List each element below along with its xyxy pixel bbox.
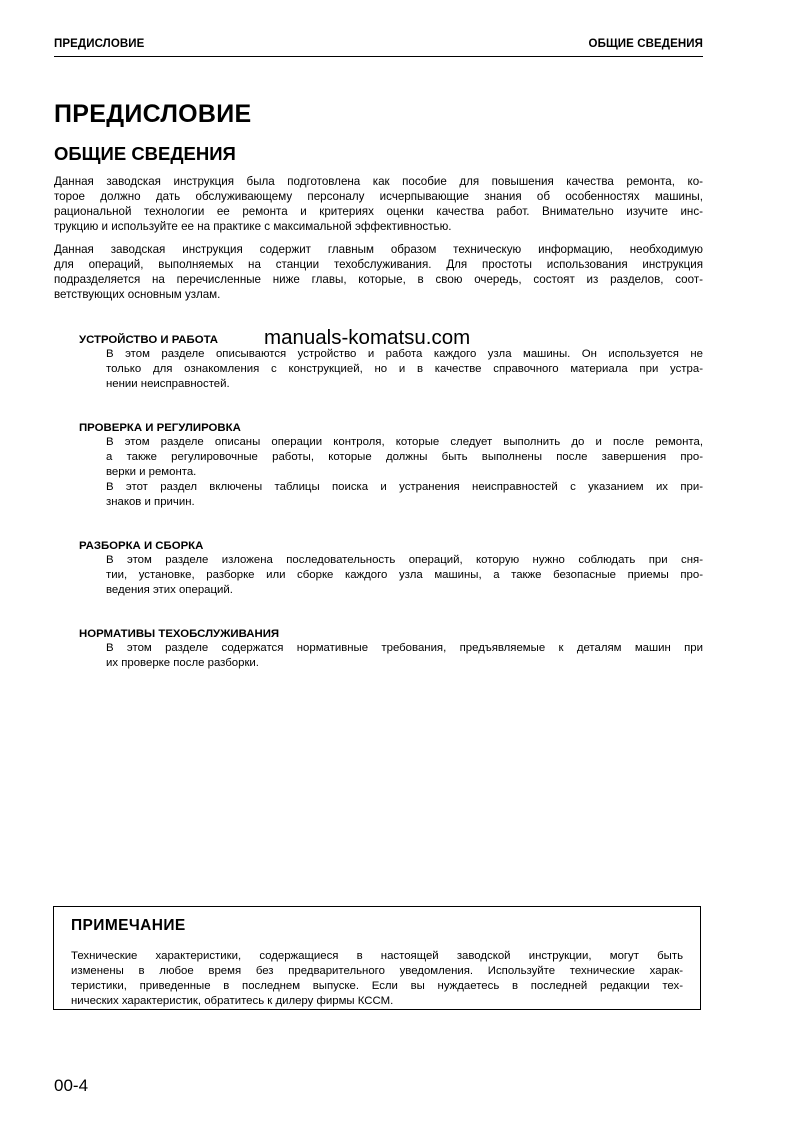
text-line: для операций, выполняемых на станции тех… [54,257,703,272]
section-maintenance-standard: НОРМАТИВЫ ТЕХОБСЛУЖИВАНИЯ В этом разделе… [79,627,703,671]
text-line: знаков и причин. [106,495,703,510]
intro-paragraph: Данная заводская инструкция содержит гла… [54,242,703,302]
text-line: рациональной технологии ее ремонта и кри… [54,204,703,219]
text-line: трукцию и используйте ее на практике с м… [54,219,703,234]
section-testing-and-adjusting: ПРОВЕРКА И РЕГУЛИРОВКА В этом разделе оп… [79,421,703,510]
intro-text: Данная заводская инструкция была подгото… [54,174,703,310]
note-box: ПРИМЕЧАНИЕ Технические характеристики, с… [53,906,701,1010]
running-header-left: ПРЕДИСЛОВИЕ [54,38,144,50]
text-line: В этот раздел включены таблицы поиска и … [106,480,703,495]
section-heading: НОРМАТИВЫ ТЕХОБСЛУЖИВАНИЯ [79,627,703,641]
text-line: верки и ремонта. [106,465,703,480]
text-line: Данная заводская инструкция была подгото… [54,174,703,189]
text-line: ведения этих операций. [106,583,703,598]
running-header-right: ОБЩИЕ СВЕДЕНИЯ [589,38,703,50]
text-line: нических характеристик, обратитесь к дил… [71,994,683,1009]
text-line: подразделяется на перечисленные ниже гла… [54,272,703,287]
watermark-text: manuals-komatsu.com [264,326,470,350]
section-heading: РАЗБОРКА И СБОРКА [79,539,703,553]
section-body: В этом разделе описаны операции контроля… [106,435,703,510]
text-line: Технические характеристики, содержащиеся… [71,949,683,964]
intro-paragraph: Данная заводская инструкция была подгото… [54,174,703,234]
section-body: В этом разделе изложена последовательнос… [106,553,703,598]
text-line: В этом разделе изложена последовательнос… [106,553,703,568]
page-subtitle: ОБЩИЕ СВЕДЕНИЯ [54,143,236,165]
section-disassembly-and-assembly: РАЗБОРКА И СБОРКА В этом разделе изложен… [79,539,703,598]
page-number: 00-4 [54,1076,88,1096]
note-heading: ПРИМЕЧАНИЕ [71,917,186,935]
text-line: теристики, приведенные в последнем выпус… [71,979,683,994]
section-body: В этом разделе содержатся нормативные тр… [106,641,703,671]
text-line: В этом разделе содержатся нормативные тр… [106,641,703,656]
page-title: ПРЕДИСЛОВИЕ [54,100,252,129]
section-heading: ПРОВЕРКА И РЕГУЛИРОВКА [79,421,703,435]
text-line: только для ознакомления с конструкцией, … [106,362,703,377]
note-text: Технические характеристики, содержащиеся… [71,949,683,1009]
text-line: Данная заводская инструкция содержит гла… [54,242,703,257]
text-line: торое должно дать обслуживающему персона… [54,189,703,204]
text-line: их проверке после разборки. [106,656,703,671]
text-line: нении неисправностей. [106,377,703,392]
header-rule [54,56,703,57]
text-line: тии, установке, разборке или сборке кажд… [106,568,703,583]
section-body: В этом разделе описываются устройство и … [106,347,703,392]
text-line: В этом разделе описаны операции контроля… [106,435,703,450]
text-line: изменены в любое время без предварительн… [71,964,683,979]
text-line: ветствующих основным узлам. [54,287,703,302]
text-line: а также регулировочные работы, которые д… [106,450,703,465]
